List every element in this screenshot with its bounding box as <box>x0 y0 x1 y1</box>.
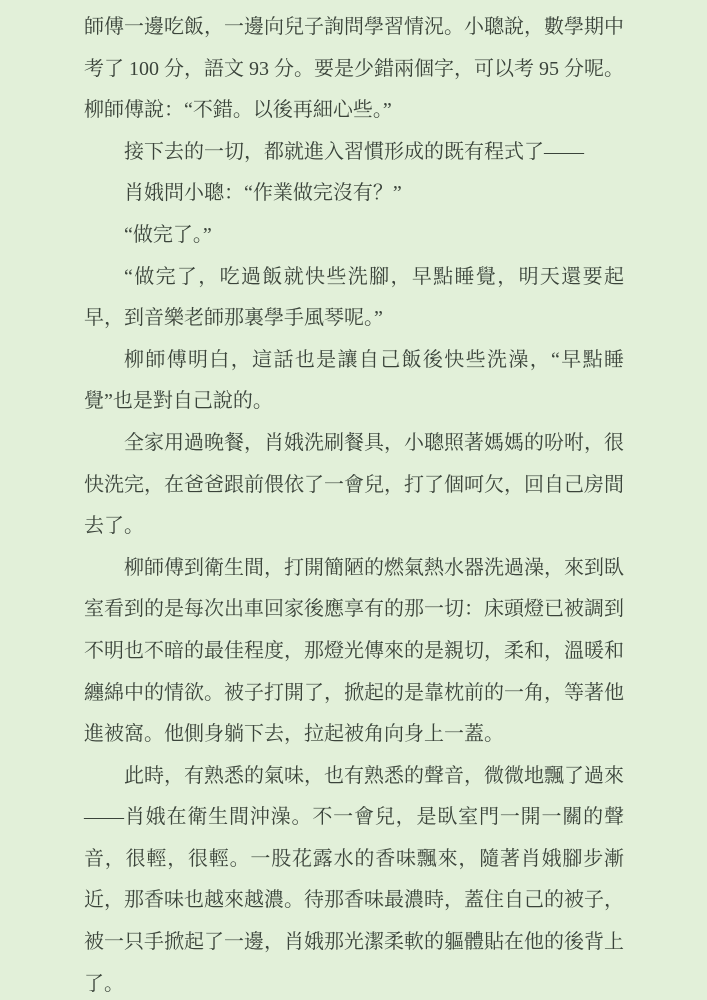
document-page: 師傅一邊吃飯，一邊向兒子詢問學習情況。小聰說，數學期中考了 100 分，語文 9… <box>0 0 707 1000</box>
paragraph: 師傅一邊吃飯，一邊向兒子詢問學習情況。小聰說，數學期中考了 100 分，語文 9… <box>84 7 624 132</box>
paragraph: “做完了。” <box>84 215 624 257</box>
paragraph: 全家用過晚餐，肖娥洗刷餐具，小聰照著媽媽的吩咐，很快洗完，在爸爸跟前偎依了一會兒… <box>84 423 624 548</box>
paragraph: “做完了，吃過飯就快些洗腳，早點睡覺，明天還要起早，到音樂老師那裏學手風琴呢。” <box>84 257 624 340</box>
paragraph: 接下去的一切，都就進入習慣形成的既有程式了—— <box>84 132 624 174</box>
paragraph: 此時，有熟悉的氣味，也有熟悉的聲音，微微地飄了過來——肖娥在衛生間沖澡。不一會兒… <box>84 756 624 1000</box>
paragraph: 柳師傅到衛生間，打開簡陋的燃氣熱水器洗過澡，來到臥室看到的是每次出車回家後應享有… <box>84 548 624 756</box>
paragraph: 肖娥問小聰：“作業做完沒有？” <box>84 173 624 215</box>
paragraph: 柳師傅明白，這話也是讓自己飯後快些洗澡，“早點睡覺”也是對自己說的。 <box>84 340 624 423</box>
text-block: 師傅一邊吃飯，一邊向兒子詢問學習情況。小聰說，數學期中考了 100 分，語文 9… <box>84 7 624 1000</box>
